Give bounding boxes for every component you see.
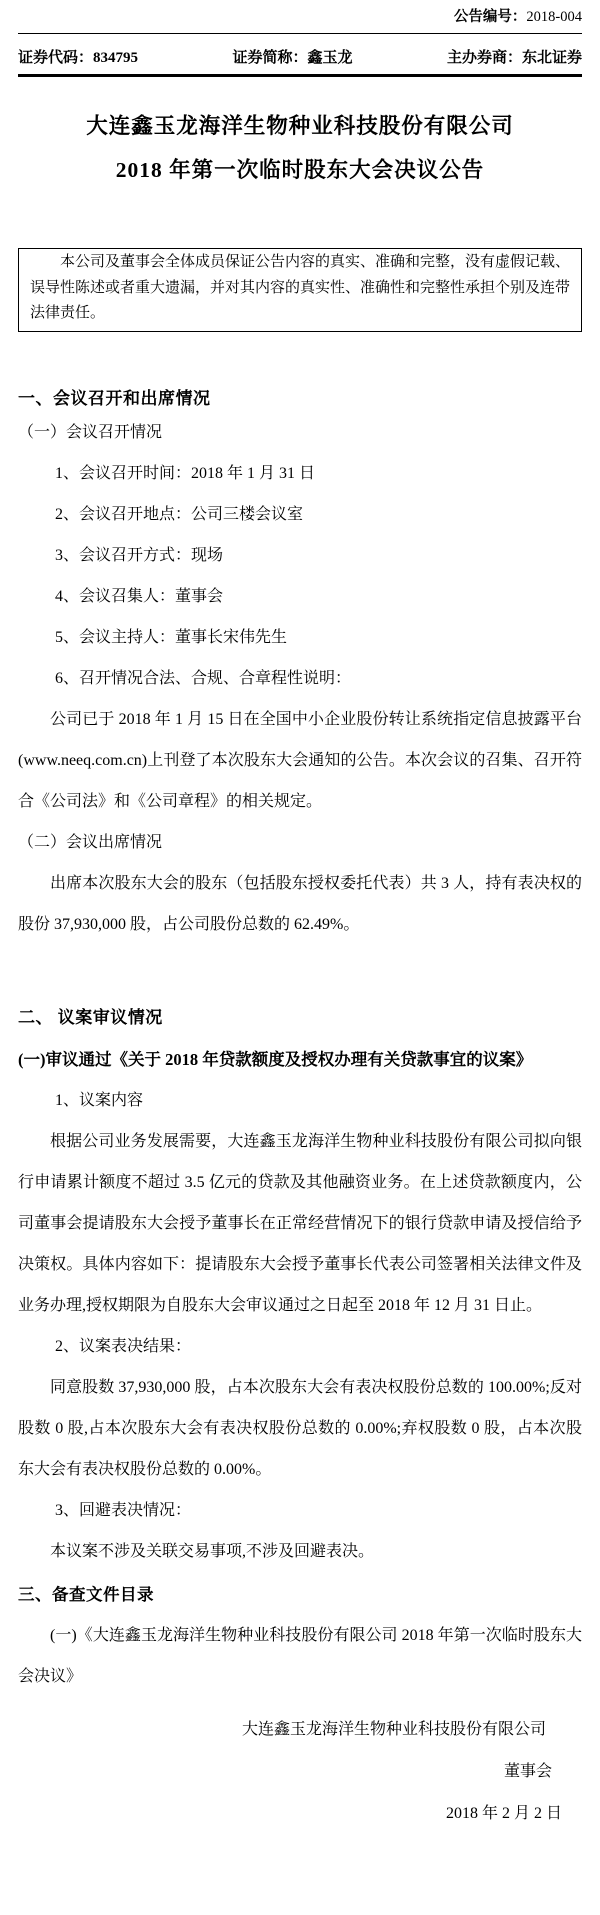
announcement-number-line: 公告编号：2018-004: [18, 8, 582, 26]
meeting-method-item: 3、会议召开方式：现场: [18, 535, 582, 576]
meeting-place-item: 2、会议召开地点：公司三楼会议室: [18, 494, 582, 535]
proposal-content-paragraph: 根据公司业务发展需要，大连鑫玉龙海洋生物种业科技股份有限公司拟向银行申请累计额度…: [18, 1121, 582, 1326]
signature-block: 大连鑫玉龙海洋生物种业科技股份有限公司 董事会 2018 年 2 月 2 日: [18, 1709, 582, 1835]
document-title-line2: 2018 年第一次临时股东大会决议公告: [18, 148, 582, 192]
announcement-number-value: 2018-004: [526, 9, 582, 25]
securities-code: 证券代码：834795: [18, 48, 138, 68]
disclaimer-text: 本公司及董事会全体成员保证公告内容的真实、准确和完整，没有虚假记载、误导性陈述或…: [30, 250, 570, 327]
section1-sub1-heading: （一）会议召开情况: [18, 412, 582, 453]
section2-heading: 二、 议案审议情况: [18, 1005, 582, 1031]
section1-heading: 一、会议召开和出席情况: [18, 386, 582, 412]
voting-result-label: 2、议案表决结果：: [18, 1326, 582, 1367]
document-title: 大连鑫玉龙海洋生物种业科技股份有限公司 2018 年第一次临时股东大会决议公告: [18, 104, 582, 192]
signature-company: 大连鑫玉龙海洋生物种业科技股份有限公司: [18, 1709, 582, 1751]
meeting-convener-item: 4、会议召集人：董事会: [18, 576, 582, 617]
proposal-content-label: 1、议案内容: [18, 1080, 582, 1121]
securities-info-row: 证券代码：834795 证券简称：鑫玉龙 主办券商：东北证券: [18, 48, 582, 68]
sponsor-broker: 主办券商：东北证券: [447, 48, 582, 68]
sponsor-broker-value: 东北证券: [522, 50, 582, 66]
securities-code-label: 证券代码：: [18, 50, 93, 66]
document-page: 公告编号：2018-004 证券代码：834795 证券简称：鑫玉龙 主办券商：…: [0, 0, 600, 1915]
header-rule-thin: [18, 33, 582, 34]
securities-code-value: 834795: [93, 50, 138, 66]
section3-heading: 三、备查文件目录: [18, 1574, 582, 1615]
signature-date: 2018 年 2 月 2 日: [18, 1793, 582, 1835]
securities-short-name-value: 鑫玉龙: [307, 50, 352, 66]
section2-proposal-heading: (一)审议通过《关于 2018 年贷款额度及授权办理有关贷款事宜的议案》: [18, 1039, 582, 1080]
section1-paragraph1: 公司已于 2018 年 1 月 15 日在全国中小企业股份转让系统指定信息披露平…: [18, 699, 582, 822]
reference-document-item: (一)《大连鑫玉龙海洋生物种业科技股份有限公司 2018 年第一次临时股东大会决…: [18, 1615, 582, 1697]
meeting-host-item: 5、会议主持人：董事长宋伟先生: [18, 617, 582, 658]
legality-statement-item: 6、召开情况合法、合规、合章程性说明：: [18, 658, 582, 699]
voting-result-paragraph: 同意股数 37,930,000 股，占本次股东大会有表决权股份总数的 100.0…: [18, 1367, 582, 1490]
abstention-paragraph: 本议案不涉及关联交易事项,不涉及回避表决。: [18, 1531, 582, 1572]
securities-short-name: 证券简称：鑫玉龙: [232, 48, 352, 68]
disclaimer-box: 本公司及董事会全体成员保证公告内容的真实、准确和完整，没有虚假记载、误导性陈述或…: [18, 248, 582, 332]
sponsor-broker-label: 主办券商：: [447, 50, 522, 66]
announcement-number-label: 公告编号：: [454, 9, 527, 25]
section1-sub2-heading: （二）会议出席情况: [18, 822, 582, 863]
document-title-line1: 大连鑫玉龙海洋生物种业科技股份有限公司: [18, 104, 582, 148]
section1-paragraph2: 出席本次股东大会的股东（包括股东授权委托代表）共 3 人，持有表决权的股份 37…: [18, 863, 582, 945]
meeting-time-item: 1、会议召开时间：2018 年 1 月 31 日: [18, 453, 582, 494]
abstention-label: 3、回避表决情况：: [18, 1490, 582, 1531]
signature-board: 董事会: [18, 1751, 582, 1793]
header-rule-thick: [18, 74, 582, 77]
securities-short-name-label: 证券简称：: [232, 50, 307, 66]
